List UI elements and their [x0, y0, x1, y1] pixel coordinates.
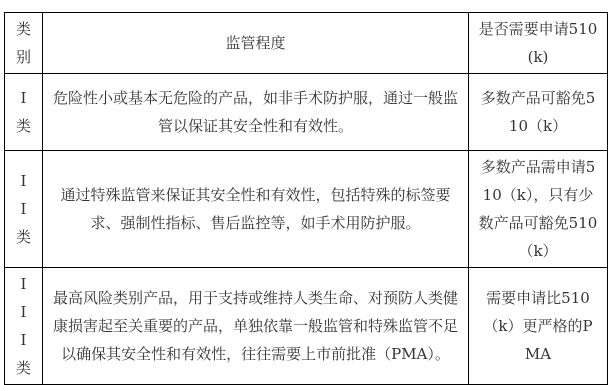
table-row-class2: II类 通过特殊监管来保证其安全性和有效性，包括特殊的标签要求、强制性指标、售后…	[5, 151, 608, 268]
class2-need510k-cell: 多数产品需申请510（k），只有少数产品可豁免510（k）	[469, 151, 608, 268]
class3-need510k-cell: 需要申请比510（k）更严格的PMA	[469, 268, 608, 385]
class1-need510k-cell: 多数产品可豁免510（k）	[469, 74, 608, 151]
class3-regulation-cell: 最高风险类别产品，用于支持或维持人类生命、对预防人类健康损害起至关重要的产品，单…	[43, 268, 469, 385]
table-row-class3: III类 最高风险类别产品，用于支持或维持人类生命、对预防人类健康损害起至关重要…	[5, 268, 608, 385]
class2-regulation-cell: 通过特殊监管来保证其安全性和有效性，包括特殊的标签要求、强制性指标、售后监控等，…	[43, 151, 469, 268]
class2-category-cell: II类	[5, 151, 43, 268]
class1-regulation-cell: 危险性小或基本无危险的产品，如非手术防护服，通过一般监管以保证其安全性和有效性。	[43, 74, 469, 151]
header-regulation: 监管程度	[43, 13, 469, 74]
table-header-row: 类别 监管程度 是否需要申请510(k)	[5, 13, 608, 74]
header-category: 类别	[5, 13, 43, 74]
table-row-class1: I类 危险性小或基本无危险的产品，如非手术防护服，通过一般监管以保证其安全性和有…	[5, 74, 608, 151]
class3-category-cell: III类	[5, 268, 43, 385]
device-classification-table: 类别 监管程度 是否需要申请510(k) I类 危险性小或基本无危险的产品，如非…	[4, 12, 608, 385]
header-need510k: 是否需要申请510(k)	[469, 13, 608, 74]
table-container: 类别 监管程度 是否需要申请510(k) I类 危险性小或基本无危险的产品，如非…	[4, 12, 608, 385]
class1-category-cell: I类	[5, 74, 43, 151]
